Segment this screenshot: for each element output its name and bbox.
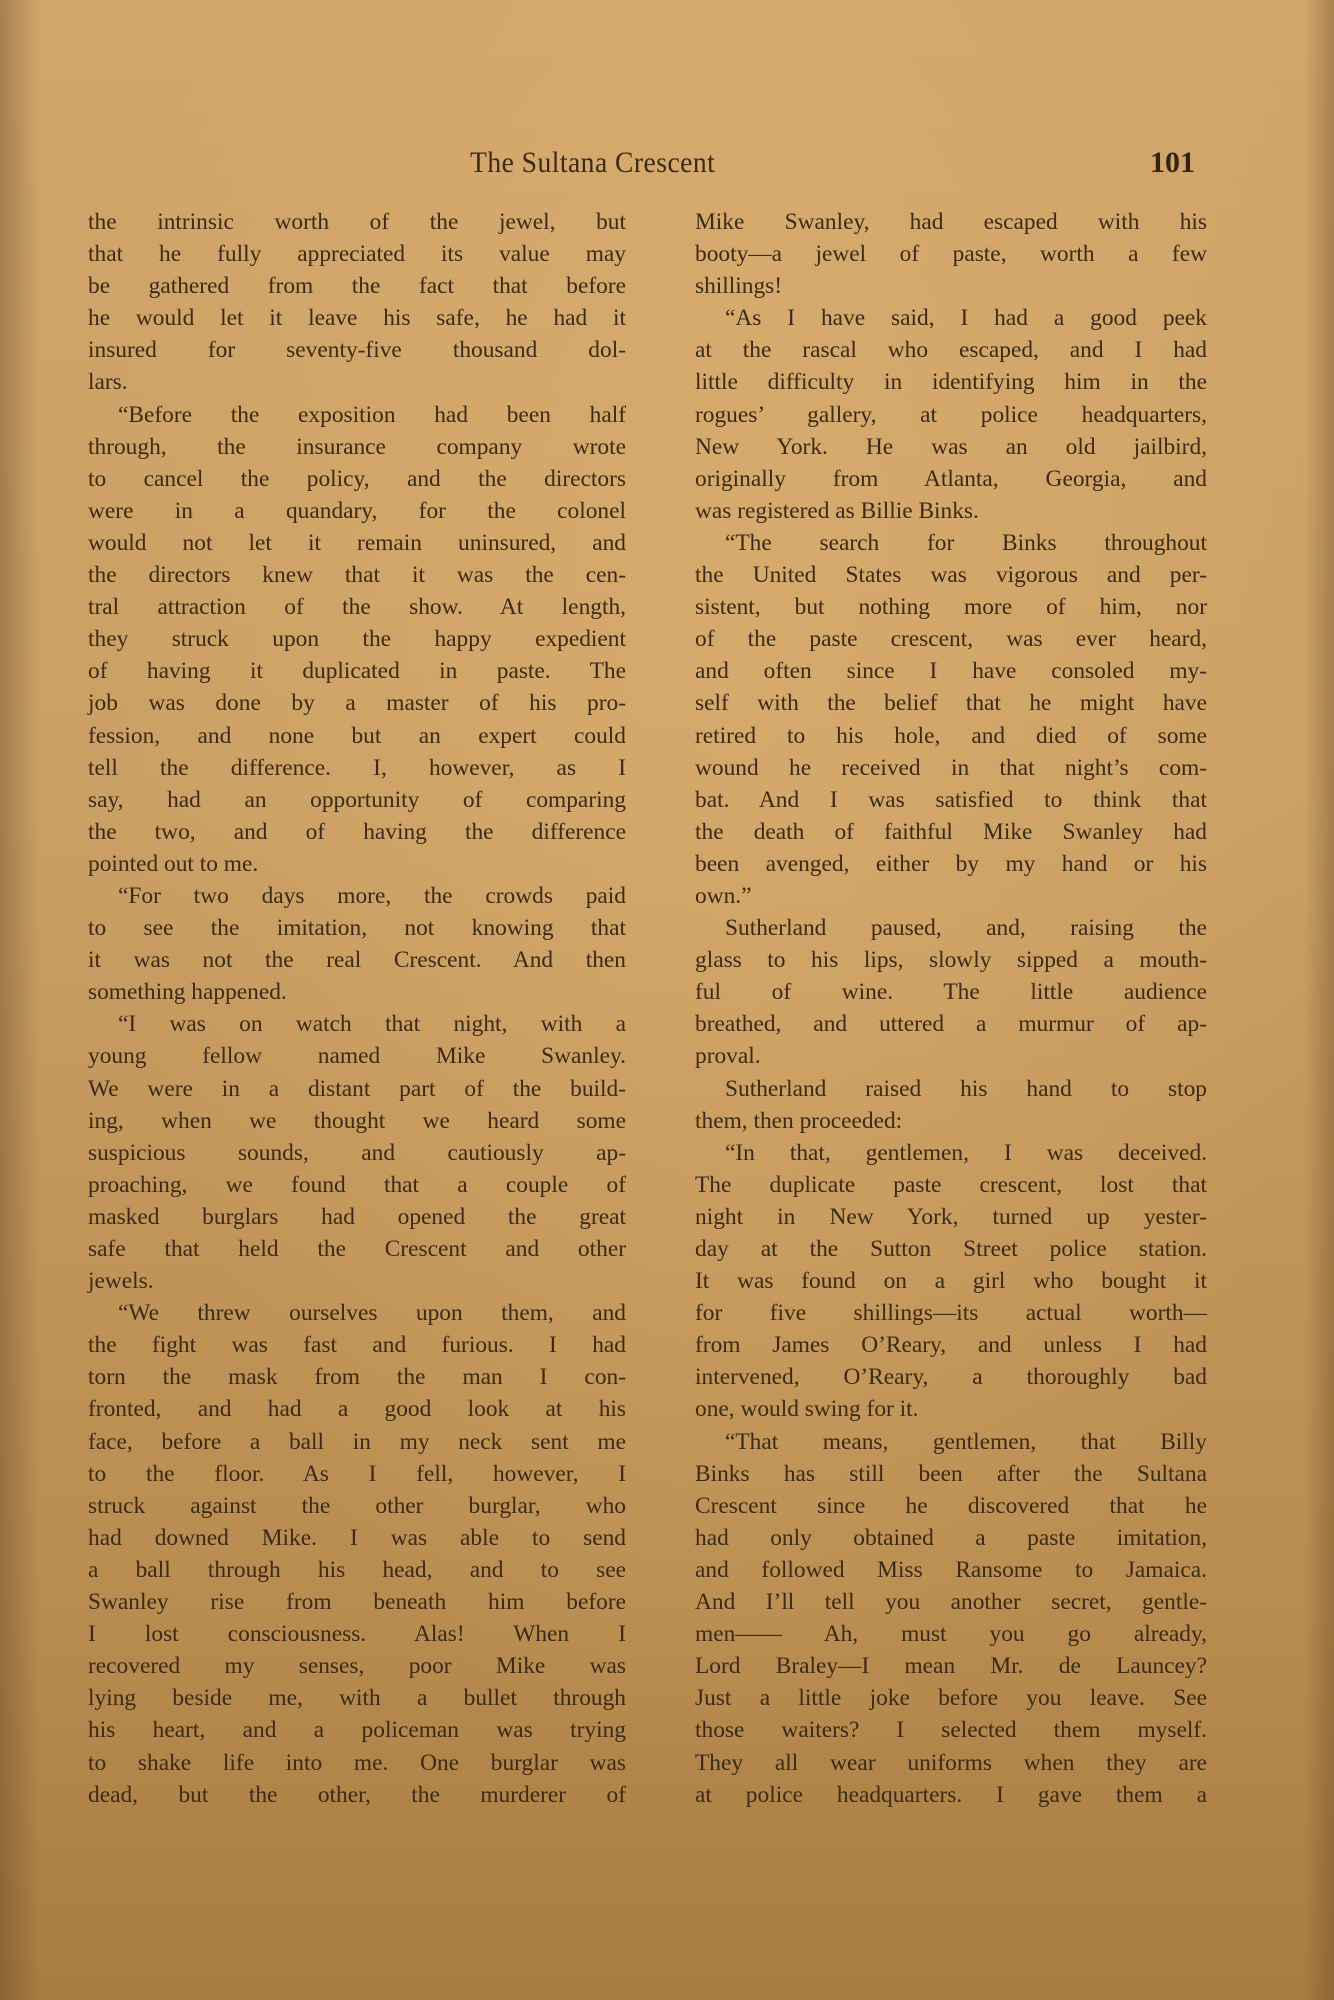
- text-line: at police headquarters. I gave them a: [695, 1779, 1207, 1811]
- text-line: “The search for Binks throughout: [695, 527, 1207, 559]
- text-column-right: Mike Swanley, had escaped with hisbooty—…: [695, 206, 1207, 1811]
- text-line: torn the mask from the man I con-: [88, 1361, 626, 1393]
- text-line: breathed, and uttered a murmur of ap-: [695, 1008, 1207, 1040]
- text-line: from James O’Reary, and unless I had: [695, 1329, 1207, 1361]
- text-line: glass to his lips, slowly sipped a mouth…: [695, 944, 1207, 976]
- text-line: them, then proceeded:: [695, 1105, 1207, 1137]
- text-line: Binks has still been after the Sultana: [695, 1458, 1207, 1490]
- text-line: they struck upon the happy expedient: [88, 623, 626, 655]
- text-line: dead, but the other, the murderer of: [88, 1779, 626, 1811]
- text-line: Crescent since he discovered that he: [695, 1490, 1207, 1522]
- text-line: lars.: [88, 366, 626, 398]
- text-line: fronted, and had a good look at his: [88, 1393, 626, 1425]
- text-line: “Before the exposition had been half: [88, 399, 626, 431]
- text-line: for five shillings—its actual worth—: [695, 1297, 1207, 1329]
- running-head: The Sultana Crescent 101: [470, 146, 1195, 186]
- text-line: retired to his hole, and died of some: [695, 720, 1207, 752]
- text-line: I lost consciousness. Alas! When I: [88, 1618, 626, 1650]
- text-line: originally from Atlanta, Georgia, and: [695, 463, 1207, 495]
- text-line: recovered my senses, poor Mike was: [88, 1650, 626, 1682]
- text-line: the fight was fast and furious. I had: [88, 1329, 626, 1361]
- text-line: through, the insurance company wrote: [88, 431, 626, 463]
- text-line: ful of wine. The little audience: [695, 976, 1207, 1008]
- text-line: intervened, O’Reary, a thoroughly bad: [695, 1361, 1207, 1393]
- text-line: We were in a distant part of the build-: [88, 1073, 626, 1105]
- text-column-left: the intrinsic worth of the jewel, buttha…: [88, 206, 626, 1811]
- text-line: Just a little joke before you leave. See: [695, 1682, 1207, 1714]
- text-line: been avenged, either by my hand or his: [695, 848, 1207, 880]
- text-line: it was not the real Crescent. And then: [88, 944, 626, 976]
- text-line: sistent, but nothing more of him, nor: [695, 591, 1207, 623]
- text-line: that he fully appreciated its value may: [88, 238, 626, 270]
- text-line: The duplicate paste crescent, lost that: [695, 1169, 1207, 1201]
- text-line: tell the difference. I, however, as I: [88, 752, 626, 784]
- text-line: New York. He was an old jailbird,: [695, 431, 1207, 463]
- text-line: booty—a jewel of paste, worth a few: [695, 238, 1207, 270]
- text-line: job was done by a master of his pro-: [88, 687, 626, 719]
- text-line: his heart, and a policeman was trying: [88, 1714, 626, 1746]
- text-line: night in New York, turned up yester-: [695, 1201, 1207, 1233]
- text-line: face, before a ball in my neck sent me: [88, 1426, 626, 1458]
- text-line: little difficulty in identifying him in …: [695, 366, 1207, 398]
- text-line: to see the imitation, not knowing that: [88, 912, 626, 944]
- text-line: Mike Swanley, had escaped with his: [695, 206, 1207, 238]
- text-line: one, would swing for it.: [695, 1393, 1207, 1425]
- text-line: proaching, we found that a couple of: [88, 1169, 626, 1201]
- text-line: Sutherland paused, and, raising the: [695, 912, 1207, 944]
- text-line: those waiters? I selected them myself.: [695, 1714, 1207, 1746]
- running-title: The Sultana Crescent: [470, 146, 715, 180]
- text-line: self with the belief that he might have: [695, 687, 1207, 719]
- text-line: to shake life into me. One burglar was: [88, 1747, 626, 1779]
- text-line: of the paste crescent, was ever heard,: [695, 623, 1207, 655]
- text-line: at the rascal who escaped, and I had: [695, 334, 1207, 366]
- text-line: Lord Braley—I mean Mr. de Launcey?: [695, 1650, 1207, 1682]
- text-line: the directors knew that it was the cen-: [88, 559, 626, 591]
- text-line: would not let it remain uninsured, and: [88, 527, 626, 559]
- text-line: “That means, gentlemen, that Billy: [695, 1426, 1207, 1458]
- book-page: The Sultana Crescent 101 the intrinsic w…: [0, 0, 1334, 2000]
- text-line: was registered as Billie Binks.: [695, 495, 1207, 527]
- text-line: Swanley rise from beneath him before: [88, 1586, 626, 1618]
- text-line: something happened.: [88, 976, 626, 1008]
- text-line: “In that, gentlemen, I was deceived.: [695, 1137, 1207, 1169]
- text-line: the United States was vigorous and per-: [695, 559, 1207, 591]
- text-line: pointed out to me.: [88, 848, 626, 880]
- text-line: young fellow named Mike Swanley.: [88, 1040, 626, 1072]
- text-line: “As I have said, I had a good peek: [695, 302, 1207, 334]
- text-line: It was found on a girl who bought it: [695, 1265, 1207, 1297]
- text-line: had downed Mike. I was able to send: [88, 1522, 626, 1554]
- text-line: masked burglars had opened the great: [88, 1201, 626, 1233]
- text-line: had only obtained a paste imitation,: [695, 1522, 1207, 1554]
- text-line: be gathered from the fact that before: [88, 270, 626, 302]
- text-line: struck against the other burglar, who: [88, 1490, 626, 1522]
- text-line: And I’ll tell you another secret, gentle…: [695, 1586, 1207, 1618]
- text-line: own.”: [695, 880, 1207, 912]
- text-line: he would let it leave his safe, he had i…: [88, 302, 626, 334]
- text-line: of having it duplicated in paste. The: [88, 655, 626, 687]
- text-line: say, had an opportunity of comparing: [88, 784, 626, 816]
- text-line: and followed Miss Ransome to Jamaica.: [695, 1554, 1207, 1586]
- text-line: a ball through his head, and to see: [88, 1554, 626, 1586]
- text-line: jewels.: [88, 1265, 626, 1297]
- text-line: rogues’ gallery, at police headquarters,: [695, 399, 1207, 431]
- text-line: proval.: [695, 1040, 1207, 1072]
- text-line: safe that held the Crescent and other: [88, 1233, 626, 1265]
- text-line: insured for seventy-five thousand dol-: [88, 334, 626, 366]
- text-line: They all wear uniforms when they are: [695, 1747, 1207, 1779]
- text-line: day at the Sutton Street police station.: [695, 1233, 1207, 1265]
- page-number: 101: [1150, 146, 1195, 180]
- text-line: suspicious sounds, and cautiously ap-: [88, 1137, 626, 1169]
- text-line: lying beside me, with a bullet through: [88, 1682, 626, 1714]
- text-line: wound he received in that night’s com-: [695, 752, 1207, 784]
- text-line: to cancel the policy, and the directors: [88, 463, 626, 495]
- text-line: were in a quandary, for the colonel: [88, 495, 626, 527]
- text-line: the death of faithful Mike Swanley had: [695, 816, 1207, 848]
- text-line: fession, and none but an expert could: [88, 720, 626, 752]
- text-line: ing, when we thought we heard some: [88, 1105, 626, 1137]
- text-line: Sutherland raised his hand to stop: [695, 1073, 1207, 1105]
- text-line: to the floor. As I fell, however, I: [88, 1458, 626, 1490]
- text-line: “For two days more, the crowds paid: [88, 880, 626, 912]
- text-line: tral attraction of the show. At length,: [88, 591, 626, 623]
- text-line: the intrinsic worth of the jewel, but: [88, 206, 626, 238]
- text-line: “I was on watch that night, with a: [88, 1008, 626, 1040]
- text-line: men—— Ah, must you go already,: [695, 1618, 1207, 1650]
- text-line: “We threw ourselves upon them, and: [88, 1297, 626, 1329]
- text-line: the two, and of having the difference: [88, 816, 626, 848]
- text-line: bat. And I was satisfied to think that: [695, 784, 1207, 816]
- text-line: and often since I have consoled my-: [695, 655, 1207, 687]
- text-line: shillings!: [695, 270, 1207, 302]
